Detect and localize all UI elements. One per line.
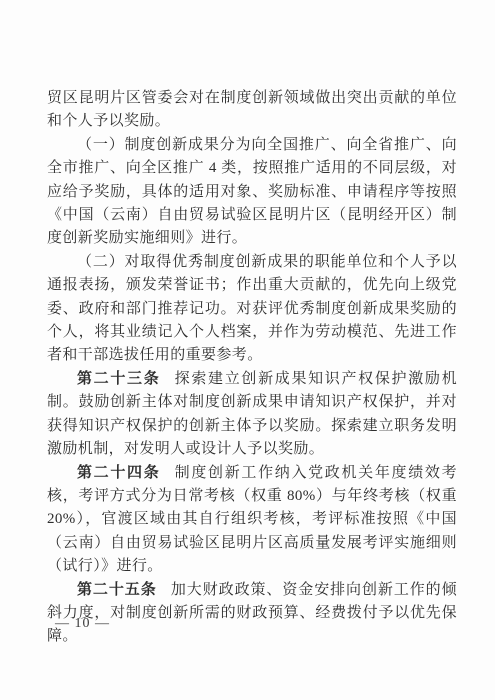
document-page: 贸区昆明片区管委会对在制度创新领域做出突出贡献的单位和个人予以奖励。 （一）制度…	[0, 0, 495, 700]
body-paragraph: 第二十三条探索建立创新成果知识产权保护激励机制。鼓励创新主体对制度创新成果申请知…	[47, 368, 457, 462]
body-paragraph: 第二十四条制度创新工作纳入党政机关年度绩效考核，考评方式分为日常考核（权重 80…	[47, 462, 457, 579]
paragraph-text: 贸区昆明片区管委会对在制度创新领域做出突出贡献的单位和个人予以奖励。	[47, 90, 457, 129]
body-paragraph: （一）制度创新成果分为向全国推广、向全省推广、向全市推广、向全区推广 4 类，按…	[47, 134, 457, 251]
page-number: — 10 —	[55, 614, 110, 634]
article-number-heading: 第二十三条	[77, 371, 160, 387]
document-body: 贸区昆明片区管委会对在制度创新领域做出突出贡献的单位和个人予以奖励。 （一）制度…	[47, 87, 457, 649]
body-paragraph: 贸区昆明片区管委会对在制度创新领域做出突出贡献的单位和个人予以奖励。	[47, 87, 457, 134]
body-paragraph: （二）对取得优秀制度创新成果的职能单位和个人予以通报表扬，颁发荣誉证书；作出重大…	[47, 251, 457, 368]
article-number-heading: 第二十五条	[77, 582, 157, 598]
paragraph-text: （一）制度创新成果分为向全国推广、向全省推广、向全市推广、向全区推广 4 类，按…	[47, 137, 457, 247]
article-number-heading: 第二十四条	[77, 465, 160, 481]
paragraph-text: （二）对取得优秀制度创新成果的职能单位和个人予以通报表扬，颁发荣誉证书；作出重大…	[47, 254, 457, 364]
